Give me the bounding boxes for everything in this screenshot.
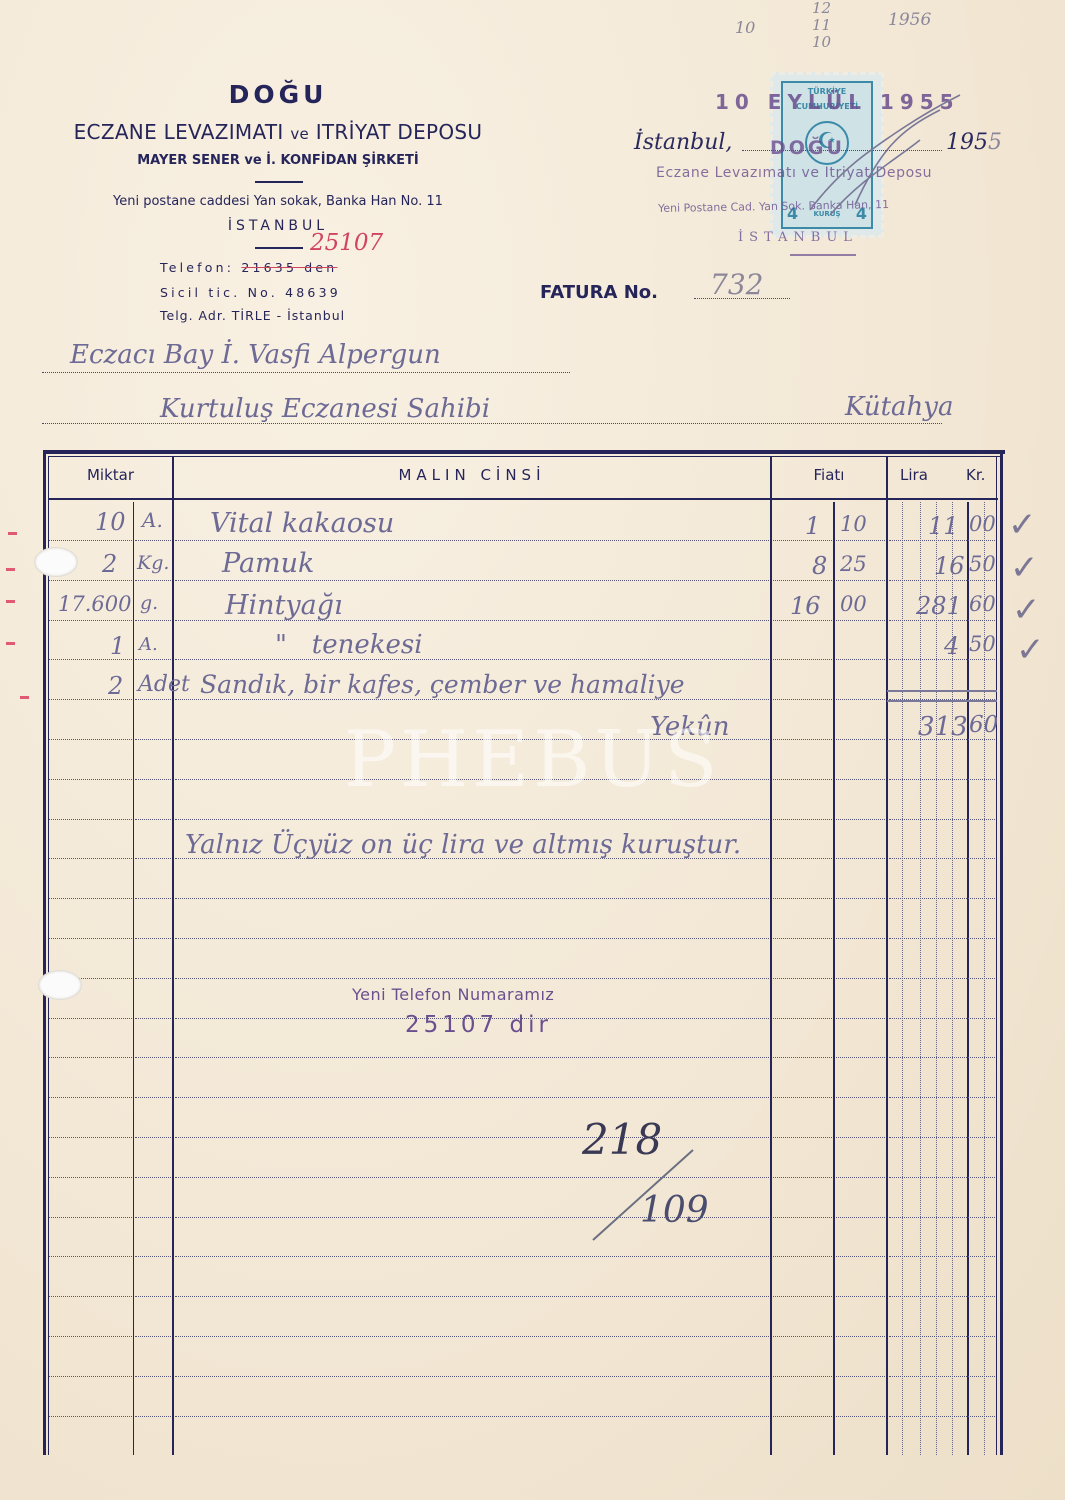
row-dotted-line	[135, 858, 171, 859]
subtotal-rule	[887, 690, 997, 692]
row-dotted-line	[889, 1296, 995, 1297]
header-bottom-border	[48, 498, 998, 500]
row-dotted-line	[135, 540, 171, 541]
table-right-border	[1000, 450, 1003, 1455]
row-dotted-line	[135, 1376, 171, 1377]
row-dotted-line	[836, 1336, 885, 1337]
row-dotted-line	[175, 1057, 769, 1058]
watermark: PHEBUS	[0, 715, 1065, 805]
row-dotted-line	[135, 938, 171, 939]
row-dotted-line	[889, 659, 995, 660]
row-dotted-line	[773, 699, 832, 700]
signature-scribble	[800, 90, 970, 230]
row3-qty: 17.600	[58, 592, 131, 616]
row-dotted-line	[836, 1097, 885, 1098]
row4-total-lira: 4	[944, 632, 959, 660]
row2-item: Pamuk	[222, 548, 314, 579]
row-dotted-line	[49, 1097, 132, 1098]
row-dotted-line	[773, 858, 832, 859]
row-dotted-line	[773, 1296, 832, 1297]
row-dotted-line	[175, 1296, 769, 1297]
divider-rule	[255, 247, 303, 249]
subtotal-rule	[887, 700, 997, 702]
row-dotted-line	[889, 1376, 995, 1377]
row-dotted-line	[175, 1256, 769, 1257]
row-dotted-line	[135, 819, 171, 820]
row-dotted-line	[836, 1137, 885, 1138]
row2-unit: Kg.	[137, 552, 169, 574]
pencil-note: 10	[735, 18, 755, 37]
phone-stamp-line1: Yeni Telefon Numaramız	[352, 985, 554, 1004]
table-top-border	[43, 450, 1005, 454]
phone-label: Telefon:	[160, 260, 234, 275]
phone-old-number: 21635 den	[241, 260, 337, 275]
row-dotted-line	[889, 540, 995, 541]
table-right-inner-border	[996, 456, 997, 1455]
row-dotted-line	[175, 1137, 769, 1138]
row-dotted-line	[175, 898, 769, 899]
row-dotted-line	[135, 1137, 171, 1138]
recipient-city: Kütahya	[845, 392, 953, 422]
row-dotted-line	[49, 1057, 132, 1058]
phone-stamp-line2: 25107 dir	[405, 1012, 552, 1038]
row-dotted-line	[836, 978, 885, 979]
row-dotted-line	[175, 1336, 769, 1337]
row-dotted-line	[49, 1217, 132, 1218]
col-divider-fiati	[770, 456, 772, 1455]
row-dotted-line	[889, 1336, 995, 1337]
company-subtitle: ECZANE LEVAZIMATI ve ITRİYAT DEPOSU	[0, 120, 556, 144]
row-dotted-line	[135, 1057, 171, 1058]
row-dotted-line	[773, 1217, 832, 1218]
row-dotted-line	[773, 1137, 832, 1138]
row-dotted-line	[889, 858, 995, 859]
row-dotted-line	[135, 1256, 171, 1257]
row-dotted-line	[175, 580, 769, 581]
row-dotted-line	[836, 699, 885, 700]
row-dotted-line	[135, 978, 171, 979]
check-icon: ✓	[1010, 548, 1039, 588]
row-dotted-line	[49, 1256, 132, 1257]
row-dotted-line	[773, 1376, 832, 1377]
row3-total-kr: 60	[969, 592, 996, 616]
red-margin-tick	[20, 696, 29, 699]
row-dotted-line	[135, 1336, 171, 1337]
divider-rule	[255, 181, 303, 183]
pencil-note: 10	[812, 34, 831, 51]
row-dotted-line	[49, 938, 132, 939]
row-dotted-line	[836, 620, 885, 621]
table-left-border	[43, 450, 46, 1455]
row-dotted-line	[889, 1217, 995, 1218]
row-dotted-line	[175, 699, 769, 700]
pencil-note: 11	[812, 17, 831, 34]
row-dotted-line	[836, 1416, 885, 1417]
row-dotted-line	[49, 898, 132, 899]
row4-unit: A.	[139, 634, 158, 655]
row-dotted-line	[836, 1376, 885, 1377]
row-dotted-line	[135, 580, 171, 581]
row-dotted-line	[49, 858, 132, 859]
new-phone-handwritten: 25107	[310, 230, 383, 256]
header-kr: Kr.	[966, 466, 985, 484]
row-dotted-line	[773, 978, 832, 979]
row-dotted-line	[175, 659, 769, 660]
row-dotted-line	[773, 1416, 832, 1417]
row-dotted-line	[135, 699, 171, 700]
row-dotted-line	[889, 620, 995, 621]
punch-hole	[38, 970, 82, 1000]
row-dotted-line	[773, 1018, 832, 1019]
col-divider-unit	[133, 502, 134, 1455]
row-dotted-line	[135, 1296, 171, 1297]
row-dotted-line	[135, 1217, 171, 1218]
row-dotted-line	[773, 659, 832, 660]
row1-total-kr: 00	[969, 512, 996, 536]
company-city: İSTANBUL	[0, 218, 556, 234]
row5-unit: Adet	[138, 672, 190, 697]
row3-price-kr: 00	[840, 592, 867, 616]
company-owners: MAYER SENER ve İ. KONFİDAN ŞİRKETİ	[0, 153, 556, 168]
row-dotted-line	[889, 1018, 995, 1019]
col-divider-lira	[886, 456, 888, 1455]
check-icon: ✓	[1012, 590, 1041, 630]
row-dotted-line	[175, 1097, 769, 1098]
row-dotted-line	[889, 1256, 995, 1257]
check-icon: ✓	[1016, 630, 1045, 670]
row-dotted-line	[836, 1057, 885, 1058]
row-dotted-line	[836, 819, 885, 820]
check-icon: ✓	[1008, 505, 1037, 545]
row-dotted-line	[49, 1018, 132, 1019]
row-dotted-line	[135, 620, 171, 621]
telegraph-address: Telg. Adr. TİRLE - İstanbul	[160, 308, 345, 323]
row-dotted-line	[889, 898, 995, 899]
recipient-pharmacy: Kurtuluş Eczanesi Sahibi	[160, 394, 490, 424]
row-dotted-line	[135, 898, 171, 899]
row-dotted-line	[889, 1416, 995, 1417]
row-dotted-line	[49, 1177, 132, 1178]
subtitle-part-a: ECZANE LEVAZIMATI	[74, 120, 284, 144]
col-divider-fiati-kr	[833, 502, 835, 1455]
row-dotted-line	[836, 1217, 885, 1218]
row-dotted-line	[836, 540, 885, 541]
row-dotted-line	[49, 1137, 132, 1138]
row4-total-kr: 50	[969, 632, 996, 656]
row2-price-lira: 8	[812, 552, 827, 580]
row-dotted-line	[175, 819, 769, 820]
row-dotted-line	[836, 898, 885, 899]
row-dotted-line	[175, 938, 769, 939]
company-address: Yeni postane caddesi Yan sokak, Banka Ha…	[0, 194, 556, 209]
row-dotted-line	[889, 1097, 995, 1098]
red-margin-tick	[8, 532, 17, 535]
row-dotted-line	[889, 978, 995, 979]
row1-qty: 10	[95, 508, 126, 536]
row-dotted-line	[135, 1018, 171, 1019]
recipient-dotted-line	[42, 372, 570, 373]
table-left-inner-border	[48, 456, 49, 1455]
row-dotted-line	[773, 1256, 832, 1257]
amount-in-words: Yalnız Üçyüz on üç lira ve altmış kuruşt…	[185, 830, 741, 860]
pencil-note-stack: 12 11 10	[812, 0, 831, 51]
row-dotted-line	[135, 659, 171, 660]
recipient-name: Eczacı Bay İ. Vasfi Alpergun	[70, 340, 441, 370]
row3-item: Hintyağı	[225, 590, 343, 621]
invoice-label: FATURA No.	[540, 282, 658, 303]
subtitle-ve: ve	[290, 125, 309, 143]
row-dotted-line	[49, 580, 132, 581]
row-dotted-line	[773, 540, 832, 541]
pencil-note: 12	[812, 0, 831, 17]
row-dotted-line	[889, 938, 995, 939]
row-dotted-line	[836, 659, 885, 660]
row-dotted-line	[836, 1018, 885, 1019]
row-dotted-line	[836, 580, 885, 581]
company-name: DOĞU	[0, 80, 556, 109]
row-dotted-line	[49, 620, 132, 621]
row-dotted-line	[49, 1376, 132, 1377]
row-dotted-line	[175, 1376, 769, 1377]
row-dotted-line	[49, 1296, 132, 1297]
row5-qty: 2	[108, 672, 123, 700]
phone-line: Telefon: 21635 den	[160, 260, 337, 275]
row2-total-lira: 16	[934, 552, 965, 580]
table-top-inner-border	[48, 456, 1000, 457]
row3-price-lira: 16	[790, 592, 821, 620]
place-label: İstanbul,	[634, 130, 732, 155]
header-malin-cinsi: MALIN CİNSİ	[174, 466, 770, 484]
row2-price-kr: 25	[840, 552, 867, 576]
header-lira: Lira	[900, 466, 928, 484]
punch-hole	[34, 547, 78, 577]
row1-price-lira: 1	[805, 512, 820, 540]
row-dotted-line	[135, 1177, 171, 1178]
row3-total-lira: 281	[916, 592, 962, 620]
row-dotted-line	[175, 540, 769, 541]
company-stamp-city: İSTANBUL	[738, 230, 858, 245]
row-dotted-line	[889, 1177, 995, 1178]
header-miktar: Miktar	[49, 466, 172, 484]
row-dotted-line	[175, 978, 769, 979]
row-dotted-line	[773, 580, 832, 581]
row-dotted-line	[773, 898, 832, 899]
stamp-underline	[790, 254, 856, 256]
pencil-year-note: 1956	[888, 10, 931, 30]
row4-item: " tenekesi	[275, 630, 423, 660]
row-dotted-line	[773, 1336, 832, 1337]
row-dotted-line	[836, 938, 885, 939]
red-margin-tick	[6, 568, 15, 571]
row-dotted-line	[889, 819, 995, 820]
row-dotted-line	[836, 1177, 885, 1178]
row-dotted-line	[836, 1256, 885, 1257]
row3-unit: g.	[140, 592, 158, 614]
row-dotted-line	[836, 1296, 885, 1297]
row-dotted-line	[773, 1057, 832, 1058]
row-dotted-line	[836, 858, 885, 859]
year-handwritten: 5	[988, 130, 1002, 155]
row-dotted-line	[135, 1097, 171, 1098]
row1-unit: A.	[142, 508, 163, 532]
row-dotted-line	[889, 1137, 995, 1138]
row-dotted-line	[49, 819, 132, 820]
fraction-denominator: 109	[640, 1190, 709, 1231]
registry-number: Sicil tic. No. 48639	[160, 285, 341, 300]
row-dotted-line	[49, 1336, 132, 1337]
row-dotted-line	[175, 1416, 769, 1417]
header-fiati: Fiatı	[772, 466, 886, 484]
row2-qty: 2	[102, 550, 117, 578]
row-dotted-line	[773, 938, 832, 939]
row-dotted-line	[135, 1416, 171, 1417]
red-margin-tick	[6, 642, 15, 645]
col-divider-miktar	[172, 456, 174, 1455]
row-dotted-line	[49, 540, 132, 541]
row1-total-lira: 11	[928, 512, 959, 540]
row-dotted-line	[773, 1177, 832, 1178]
row-dotted-line	[889, 580, 995, 581]
row-dotted-line	[49, 1416, 132, 1417]
row1-item: Vital kakaosu	[210, 508, 394, 539]
row4-qty: 1	[110, 632, 125, 660]
row-dotted-line	[773, 1097, 832, 1098]
row1-price-kr: 10	[840, 512, 867, 536]
row-dotted-line	[889, 1057, 995, 1058]
subtitle-part-b: ITRİYAT DEPOSU	[316, 120, 483, 144]
row5-item: Sandık, bir kafes, çember ve hamaliye	[200, 670, 685, 699]
row-dotted-line	[773, 620, 832, 621]
row-dotted-line	[773, 819, 832, 820]
invoice-number: 732	[710, 268, 763, 301]
red-margin-tick	[6, 600, 15, 603]
row2-total-kr: 50	[969, 552, 996, 576]
